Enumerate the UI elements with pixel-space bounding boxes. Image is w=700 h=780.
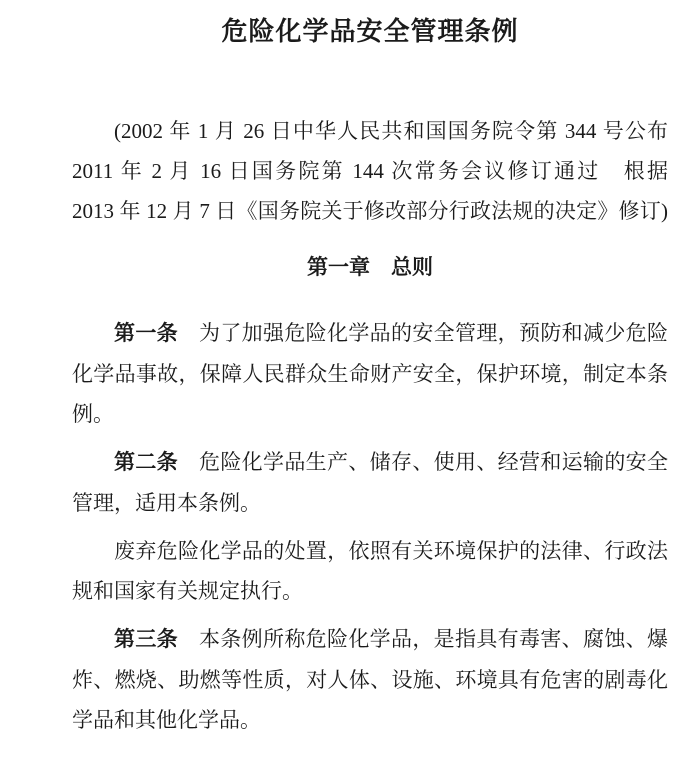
preamble-line: 2013 年 12 月 7 日《国务院关于修改部分行政法规的决定》修订) — [72, 191, 668, 231]
body-text: 为了加强危险化学品的安全管理，预防和减少危险 — [199, 321, 668, 345]
document-page: 危险化学品安全管理条例 (2002 年 1 月 26 日中华人民共和国国务院令第… — [0, 0, 700, 780]
body-line: 第一条为了加强危险化学品的安全管理，预防和减少危险 — [72, 313, 668, 354]
chapter-heading: 第一章 总则 — [72, 248, 668, 288]
preamble-paragraph: (2002 年 1 月 26 日中华人民共和国国务院令第 344 号公布2011… — [72, 111, 668, 231]
article-number-label: 第二条 — [114, 451, 178, 474]
article-paragraph: 第二条危险化学品生产、储存、使用、经营和运输的安全管理，适用本条例。 — [72, 442, 668, 523]
article-paragraph: 第一条为了加强危险化学品的安全管理，预防和减少危险化学品事故，保障人民群众生命财… — [72, 313, 668, 434]
document-body: 第一条为了加强危险化学品的安全管理，预防和减少危险化学品事故，保障人民群众生命财… — [72, 313, 668, 740]
body-line: 学品和其他化学品。 — [72, 700, 668, 740]
body-line: 规和国家有关规定执行。 — [72, 571, 668, 611]
body-line: 炸、燃烧、助燃等性质，对人体、设施、环境具有危害的剧毒化 — [72, 660, 668, 700]
document-title: 危险化学品安全管理条例 — [72, 16, 668, 48]
body-text: 危险化学品生产、储存、使用、经营和运输的安全 — [199, 450, 668, 474]
body-text: 本条例所称危险化学品，是指具有毒害、腐蚀、爆 — [199, 627, 668, 651]
body-line: 例。 — [72, 394, 668, 434]
article-paragraph: 第三条本条例所称危险化学品，是指具有毒害、腐蚀、爆炸、燃烧、助燃等性质，对人体、… — [72, 619, 668, 740]
body-line: 废弃危险化学品的处置，依照有关环境保护的法律、行政法 — [72, 531, 668, 571]
article-number-label: 第三条 — [114, 628, 178, 651]
body-line: 第三条本条例所称危险化学品，是指具有毒害、腐蚀、爆 — [72, 619, 668, 660]
preamble-line: 2011 年 2 月 16 日国务院第 144 次常务会议修订通过 根据 — [72, 151, 668, 191]
article-number-label: 第一条 — [114, 322, 178, 345]
body-line: 第二条危险化学品生产、储存、使用、经营和运输的安全 — [72, 442, 668, 483]
body-line: 管理，适用本条例。 — [72, 483, 668, 523]
body-paragraph: 废弃危险化学品的处置，依照有关环境保护的法律、行政法规和国家有关规定执行。 — [72, 531, 668, 611]
preamble-line: (2002 年 1 月 26 日中华人民共和国国务院令第 344 号公布 — [72, 111, 668, 151]
body-line: 化学品事故，保障人民群众生命财产安全，保护环境，制定本条 — [72, 354, 668, 394]
